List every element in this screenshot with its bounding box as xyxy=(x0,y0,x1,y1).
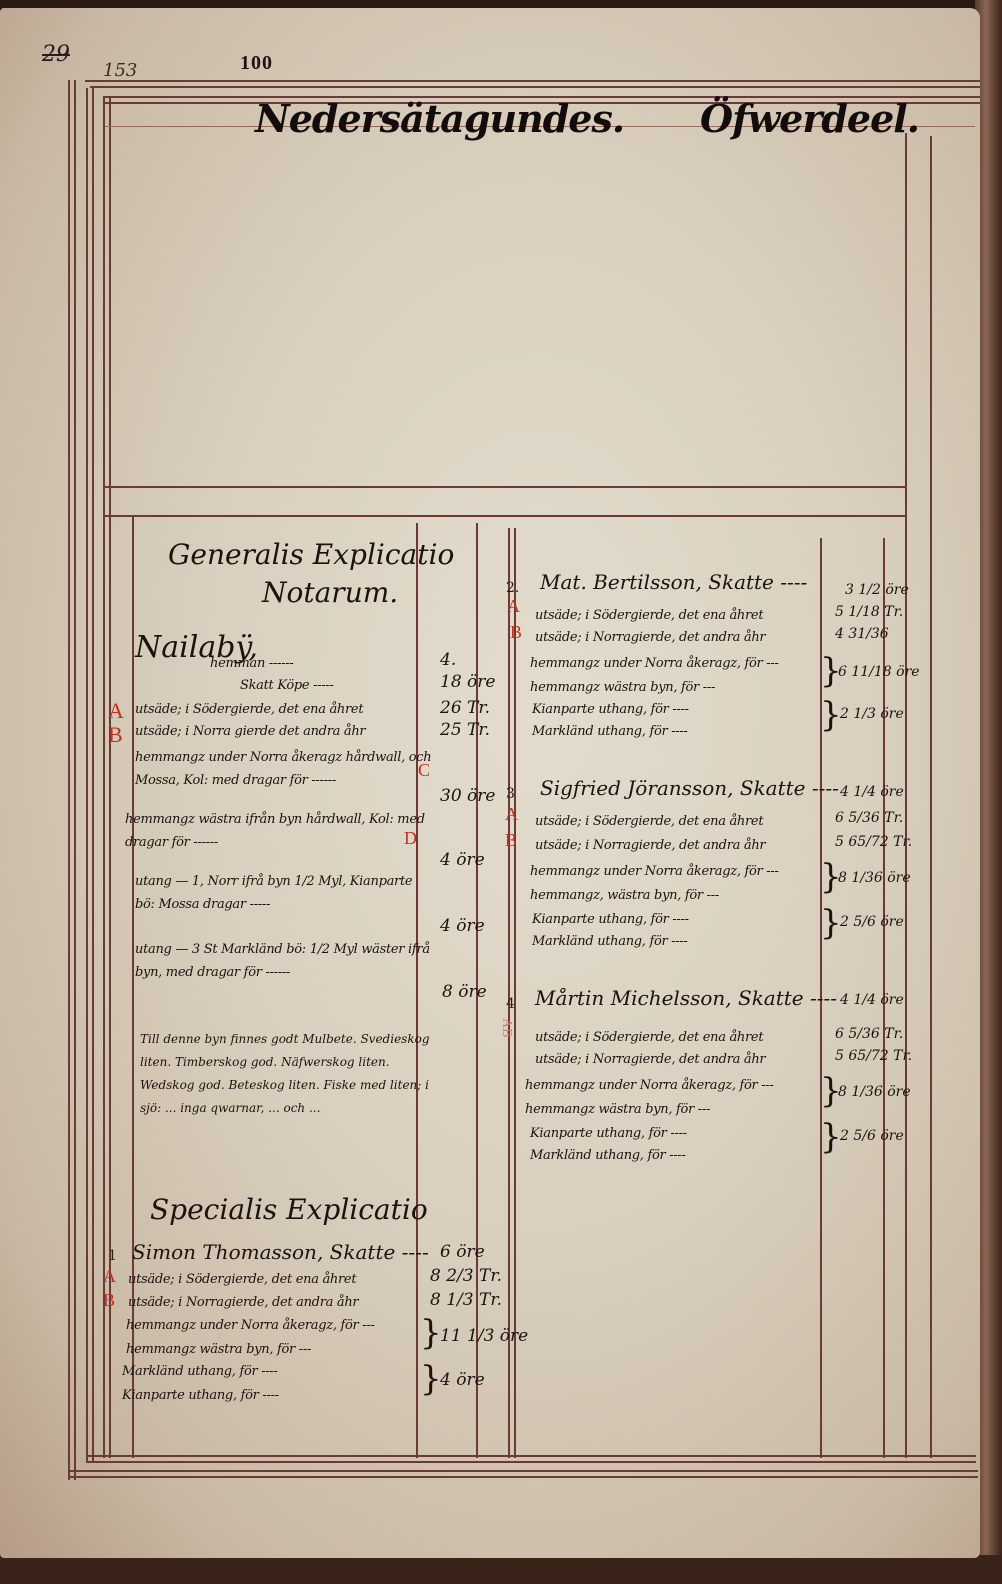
special-heading: Specialis Explicatio xyxy=(150,1193,428,1226)
left-margin-rule xyxy=(132,515,134,1458)
village-row-text: utsäde; i Södergierde, det ena åhret xyxy=(135,702,363,717)
entry-row-value: 8 1/36 öre xyxy=(838,870,911,886)
marker-a: A xyxy=(108,698,124,724)
village-row-value: 30 öre xyxy=(440,786,495,806)
village-row-text: utsäde; i Norra gierde det andra åhr xyxy=(135,724,365,739)
left-value-rule xyxy=(416,523,418,1458)
marker-a: A xyxy=(507,596,520,617)
entry-row-text: hemmangz, wästra byn, för --- xyxy=(530,888,719,903)
entry-row-text: utsäde; i Södergierde, det ena åhret xyxy=(535,608,763,623)
village-row-value: 4 öre xyxy=(440,850,485,870)
entry-row-text: Markländ uthang, för ---- xyxy=(530,1148,686,1163)
village-row-text: Skatt Köpe ----- xyxy=(240,678,334,693)
entry-row-value: 5 1/18 Tr. xyxy=(835,604,903,620)
village-row-value: 8 öre xyxy=(442,982,487,1002)
general-heading: Generalis Explicatio xyxy=(168,538,454,571)
entry-row-value: 11 1/3 öre xyxy=(440,1326,528,1346)
marker-d: D xyxy=(404,828,417,849)
entry-name-value: 3 1/2 öre xyxy=(845,582,909,598)
village-row-value: 26 Tr. xyxy=(440,698,490,718)
entry-row-text: hemmangz wästra byn, för --- xyxy=(530,680,715,695)
bottom-shadow xyxy=(0,1555,1002,1584)
entry-number: 3 xyxy=(506,786,515,802)
table-top-rule xyxy=(103,515,905,517)
entry-name-value: 4 1/4 öre xyxy=(840,784,904,800)
entry-row-value: 4 öre xyxy=(440,1370,485,1390)
village-row-value: 25 Tr. xyxy=(440,720,490,740)
entry-row-value: 2 5/6 öre xyxy=(840,914,904,930)
brace-icon: } xyxy=(420,1316,442,1350)
village-row-text: hemmangz under Norra åkeragz hårdwall, o… xyxy=(135,746,435,792)
village-row-text: utang — 1, Norr ifrå byn 1/2 Myl, Kianpa… xyxy=(135,870,435,916)
entry-row-value: 8 1/3 Tr. xyxy=(430,1290,502,1310)
entry-row-text: utsäde; i Norragierde, det andra åhr xyxy=(128,1295,358,1310)
entry-row-value: 8 1/36 öre xyxy=(838,1084,911,1100)
marker-b: B xyxy=(510,622,522,643)
village-row-value: 4. xyxy=(440,650,456,670)
entry-number: 4 xyxy=(506,996,515,1012)
old-folio-number: 29 xyxy=(42,42,70,67)
general-heading-notarum: Notarum. xyxy=(262,576,398,609)
entry-row-text: hemmangz under Norra åkeragz, för --- xyxy=(126,1318,375,1333)
entry-row-text: utsäde; i Norragierde, det andra åhr xyxy=(535,1052,765,1067)
village-row-value: 4 öre xyxy=(440,916,485,936)
right-margin-rule-b xyxy=(514,528,516,1458)
entry-row-value: 6 5/36 Tr. xyxy=(835,810,903,826)
entry-row-text: Markländ uthang, för ---- xyxy=(532,724,688,739)
entry-number: 1 xyxy=(108,1248,117,1264)
village-row-text: utang — 3 St Markländ bö: 1/2 Myl wäster… xyxy=(135,938,435,984)
entry-row-text: Kianparte uthang, för ---- xyxy=(122,1388,279,1403)
entry-row-text: Markländ uthang, för ---- xyxy=(532,934,688,949)
page-title-section: Öfwerdeel. xyxy=(700,96,919,141)
entry-row-text: Markländ uthang, för ---- xyxy=(122,1364,278,1379)
entry-row-text: Kianparte uthang, för ---- xyxy=(532,702,689,717)
entry-name-value: 6 öre xyxy=(440,1242,485,1262)
entry-row-text: utsäde; i Norragierde, det andra åhr xyxy=(535,838,765,853)
page-number: 100 xyxy=(240,52,273,75)
map-area-bottom-rule xyxy=(103,486,905,488)
entry-row-value: 6 11/18 öre xyxy=(838,664,920,680)
entry-row-value: 5 65/72 Tr. xyxy=(835,1048,912,1064)
entry-row-text: hemmangz wästra byn, för --- xyxy=(525,1102,710,1117)
entry-row-text: hemmangz under Norra åkeragz, för --- xyxy=(530,656,779,671)
marker-b: B xyxy=(108,722,123,748)
page-title-village: Nedersätagundes. xyxy=(255,96,624,141)
entry-row-text: hemmangz under Norra åkeragz, för --- xyxy=(525,1078,774,1093)
manuscript-page: 29 153 100 Nedersätagundes. Öfwerdeel. G… xyxy=(0,8,980,1558)
marker-b: B xyxy=(505,830,517,851)
brace-icon: } xyxy=(820,906,842,940)
entry-row-text: hemmangz wästra byn, för --- xyxy=(126,1342,311,1357)
right-rule-2 xyxy=(930,136,932,1458)
marker-c: C xyxy=(418,760,430,781)
entry-row-text: utsäde; i Södergierde, det ena åhret xyxy=(535,814,763,829)
brace-icon: } xyxy=(420,1362,442,1396)
entry-name: Mårtin Michelsson, Skatte ---- xyxy=(535,986,837,1010)
entry-number: 2. xyxy=(506,580,519,596)
entry-row-text: utsäde; i Norragierde, det andra åhr xyxy=(535,630,765,645)
village-row-text: hemmangz wästra ifrån byn hårdwall, Kol:… xyxy=(125,808,425,854)
folio-number: 153 xyxy=(103,60,137,81)
right-rule-1 xyxy=(905,133,907,1458)
marker-b: B xyxy=(103,1290,115,1311)
entry-name: Simon Thomasson, Skatte ---- xyxy=(132,1240,429,1264)
entry-name: Mat. Bertilsson, Skatte ---- xyxy=(540,570,807,594)
entry-row-value: 4 31/36 xyxy=(835,626,889,642)
village-row-text: hemman ------ xyxy=(210,656,293,671)
entry-row-text: Kianparte uthang, för ---- xyxy=(530,1126,687,1141)
entry-row-value: 8 2/3 Tr. xyxy=(430,1266,502,1286)
entry-row-text: utsäde; i Södergierde, det ena åhret xyxy=(535,1030,763,1045)
marker-a: A xyxy=(505,804,518,825)
entry-row-value: 2 1/3 öre xyxy=(840,706,904,722)
brace-icon: } xyxy=(820,1120,842,1154)
right-margin-rule-a xyxy=(508,528,510,1458)
entry-row-value: 2 5/6 öre xyxy=(840,1128,904,1144)
entry-name: Sigfried Jöransson, Skatte ---- xyxy=(540,776,839,800)
village-row-value: 18 öre xyxy=(440,672,495,692)
entry-row-text: utsäde; i Södergierde, det ena åhret xyxy=(128,1272,356,1287)
entry-row-text: hemmangz under Norra åkeragz, för --- xyxy=(530,864,779,879)
marker-ab-faded: AB xyxy=(498,1018,514,1037)
marker-a: A xyxy=(103,1266,116,1287)
entry-row-value: 6 5/36 Tr. xyxy=(835,1026,903,1042)
entry-row-value: 5 65/72 Tr. xyxy=(835,834,912,850)
village-resource-note: Till denne byn finnes godt Mulbete. Sved… xyxy=(140,1028,430,1120)
brace-icon: } xyxy=(820,698,842,732)
entry-row-text: Kianparte uthang, för ---- xyxy=(532,912,689,927)
entry-name-value: 4 1/4 öre xyxy=(840,992,904,1008)
